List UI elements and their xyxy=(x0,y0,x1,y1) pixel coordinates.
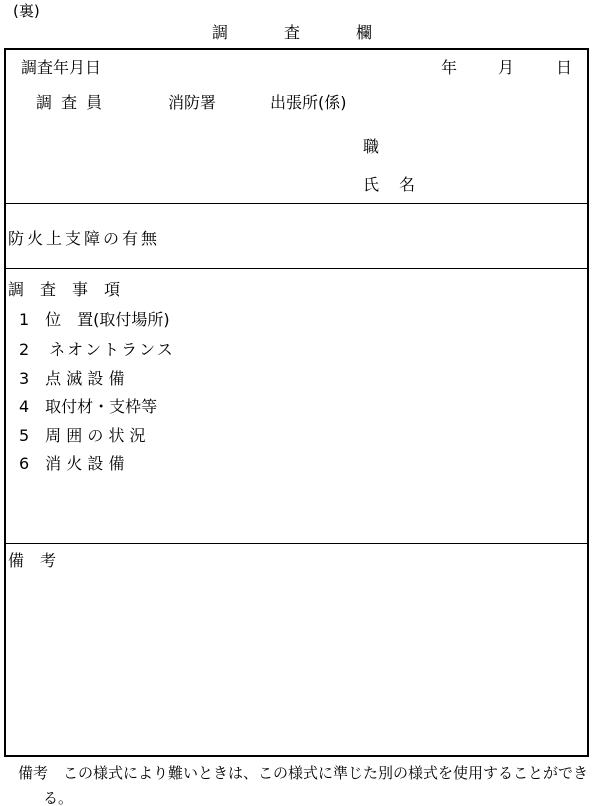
branch-office-label: 出張所(係) xyxy=(270,94,347,111)
side-label: (裏) xyxy=(13,3,40,20)
survey-item-5: 5 周 囲 の 状 況 xyxy=(19,427,146,444)
survey-table: 調査年月日 年 月 日 調 査 員 消防署 出張所(係) 職 氏 名 防火上支障… xyxy=(4,48,589,757)
day-label: 日 xyxy=(556,59,572,76)
survey-item-6: 6 消 火 設 備 xyxy=(19,455,124,472)
name-label: 氏 名 xyxy=(363,176,417,193)
fire-safety-label: 防火上支障の有無 xyxy=(8,230,160,247)
footer-note-line2: る。 xyxy=(43,790,73,806)
survey-item-1: 1 位 置(取付場所) xyxy=(19,311,170,328)
section-divider xyxy=(6,543,587,544)
survey-item-3: 3 点 滅 設 備 xyxy=(19,370,124,387)
form-page: (裏) 調 査 欄 調査年月日 年 月 日 調 査 員 消防署 出張所(係) 職… xyxy=(0,0,592,806)
fire-station-label: 消防署 xyxy=(168,94,216,111)
surveyor-label: 調 査 員 xyxy=(36,94,104,111)
section-divider xyxy=(6,203,587,204)
survey-items-heading: 調 査 事 項 xyxy=(8,281,120,298)
year-label: 年 xyxy=(441,59,457,76)
footer-note-line1: 備考 この様式により難いときは、この様式に準じた別の様式を使用することができ xyxy=(18,765,588,781)
survey-date-label: 調査年月日 xyxy=(21,59,101,76)
section-divider xyxy=(6,268,587,269)
survey-item-4: 4 取付材・支枠等 xyxy=(19,398,157,415)
month-label: 月 xyxy=(498,59,514,76)
position-label: 職 xyxy=(363,138,379,155)
remarks-label: 備 考 xyxy=(8,552,56,569)
survey-item-2: 2 ネオントランス xyxy=(19,341,175,358)
page-title: 調 査 欄 xyxy=(0,20,592,43)
